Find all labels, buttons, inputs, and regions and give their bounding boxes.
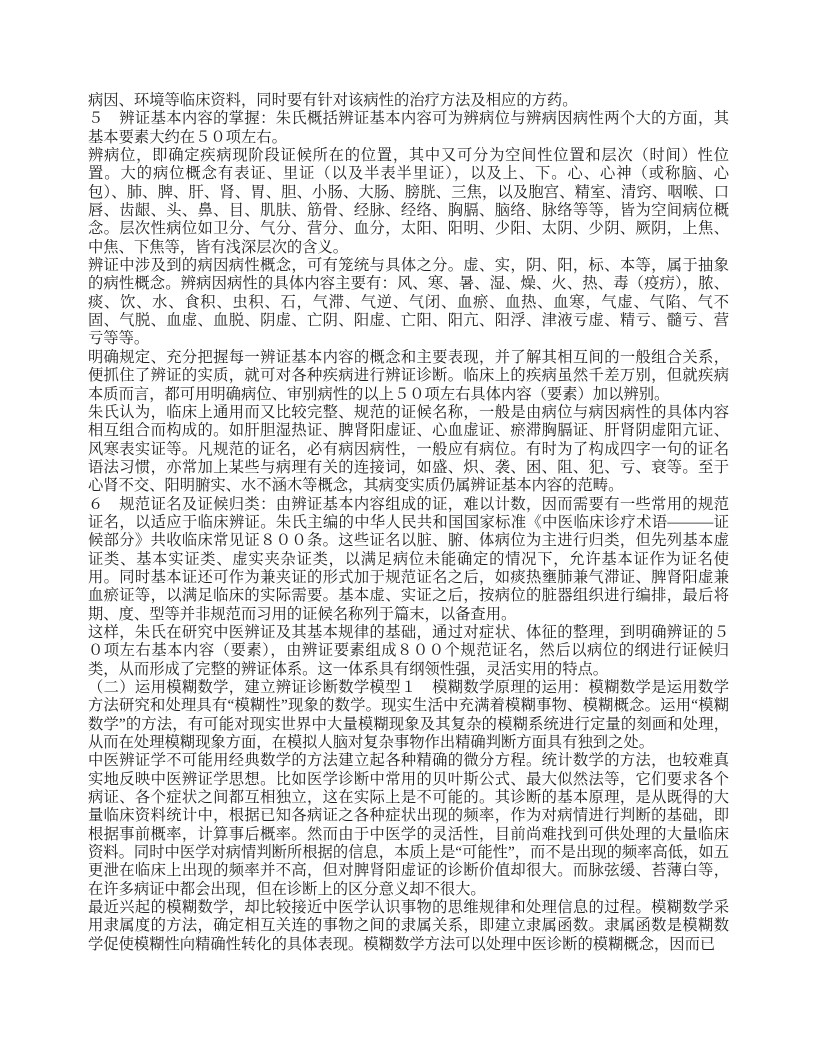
document-page: 病因、环境等临床资料，同时要有针对该病性的治疗方法及相应的方药。 ５ 辨证基本内… [0, 0, 816, 1056]
paragraph-item-6: ６ 规范证名及证候归类：由辨证基本内容组成的证，难以计数，因而需要有一些常用的规… [88, 496, 729, 624]
paragraph: 辨病位，即确定疾病现阶段证候所在的位置，其中又可分为空间性位置和层次（时间）性位… [88, 147, 729, 257]
paragraph: 明确规定、充分把握每一辨证基本内容的概念和主要表现，并了解其相互间的一般组合关系… [88, 349, 729, 404]
paragraph: 中医辨证学不可能用经典数学的方法建立起各种精确的微分方程。统计数学的方法，也较难… [88, 752, 729, 899]
paragraph: 这样，朱氏在研究中医辨证及其基本规律的基础，通过对症状、体征的整理，到明确辨证的… [88, 624, 729, 679]
paragraph: 最近兴起的模糊数学，却比较接近中医学认识事物的思维规律和处理信息的过程。模糊数学… [88, 899, 729, 954]
paragraph-item-5: ５ 辨证基本内容的掌握：朱氏概括辨证基本内容可为辨病位与辨病因病性两个大的方面，… [88, 110, 729, 147]
paragraph-section-2: （二）运用模糊数学，建立辨证诊断数学模型１ 模糊数学原理的运用：模糊数学是运用数… [88, 679, 729, 752]
paragraph: 辨证中涉及到的病因病性概念，可有笼统与具体之分。虚、实，阴、阳，标、本等，属于抽… [88, 257, 729, 349]
paragraph: 病因、环境等临床资料，同时要有针对该病性的治疗方法及相应的方药。 [88, 92, 729, 110]
paragraph: 朱氏认为，临床上通用而又比较完整、规范的证候名称，一般是由病位与病因病性的具体内… [88, 404, 729, 496]
document-text-block: 病因、环境等临床资料，同时要有针对该病性的治疗方法及相应的方药。 ５ 辨证基本内… [88, 92, 729, 954]
